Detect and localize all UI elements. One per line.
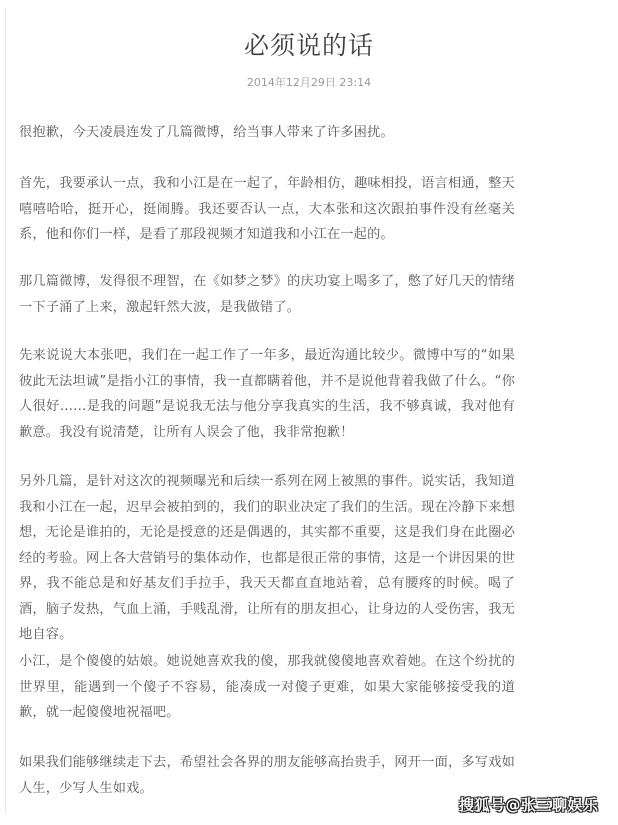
article-paragraph: 很抱歉，今天凌晨连发了几篇微博，给当事人带来了许多困扰。	[19, 120, 394, 146]
article-page: 必须说的话 2014年12月29日 23:14 很抱歉，今天凌晨连发了几篇微博，…	[0, 0, 618, 825]
article-title: 必须说的话	[0, 28, 618, 64]
article-paragraph: 先来说说大本张吧，我们在一起工作了一年多，最近沟通比较少。微博中写的“如果彼此无…	[19, 343, 515, 445]
article-paragraph: 首先，我要承认一点，我和小江是在一起了，年龄相仿，趣味相投，语言相通，整天嘻嘻哈…	[19, 171, 515, 248]
article-paragraph: 如果我们能够继续走下去，希望社会各界的朋友能够高抬贵手，网开一面，多写戏如人生，…	[19, 750, 515, 801]
left-border-divider	[5, 8, 6, 813]
article-timestamp: 2014年12月29日 23:14	[0, 75, 618, 91]
article-paragraph: 另外几篇，是针对这次的视频曝光和后续一系列在网上被黑的事件。说实话，我知道我和小…	[19, 469, 515, 648]
article-paragraph: 小江，是个傻傻的姑娘。她说她喜欢我的傻，那我就傻傻地喜欢着她。在这个纷扰的世界里…	[19, 649, 515, 726]
source-watermark: 搜狐号@张三聊娱乐	[459, 795, 599, 815]
article-paragraph: 那几篇微博，发得很不理智，在《如梦之梦》的庆功宴上喝多了，憋了好几天的情绪一下子…	[19, 269, 515, 320]
